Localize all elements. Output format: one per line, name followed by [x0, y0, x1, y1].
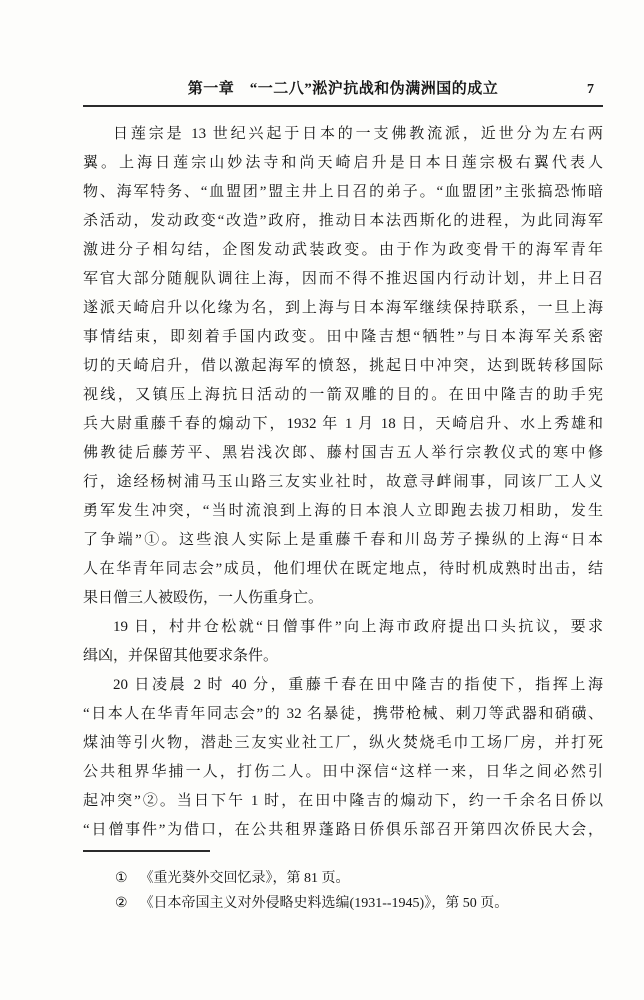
text-line: 19 日，村井仓松就“日僧事件”向上海市政府提出口头抗议，要求: [83, 613, 603, 642]
chapter-title: 第一章 “一二八”淞沪抗战和伪满洲国的成立: [83, 79, 603, 100]
text-line: 翼。上海日莲宗山妙法寺和尚天崎启升是日本日莲宗极右翼代表人: [83, 149, 603, 178]
footnotes: ①《重光葵外交回忆录》，第 81 页。 ②《日本帝国主义对外侵略史料选编(193…: [83, 866, 603, 916]
footnote-marker: ①: [115, 866, 128, 891]
text-line: 行，途经杨树浦马玉山路三友实业社时，故意寻衅闹事，同该厂工人义: [83, 468, 603, 497]
text-line: 切的天崎启升，借以激起海军的愤怒，挑起日中冲突，达到既转移国际: [83, 352, 603, 381]
footnote-text: 《重光葵外交回忆录》，第 81 页。: [140, 871, 350, 886]
footnote-divider: [83, 850, 210, 852]
text-line: 人在华青年同志会”成员，他们埋伏在既定地点，待时机成熟时出击，结: [83, 555, 603, 584]
paragraph: 20 日凌晨 2 时 40 分，重藤千春在田中隆吉的指使下，指挥上海 “日本人在…: [83, 671, 603, 845]
footnote-item: ②《日本帝国主义对外侵略史料选编(1931--1945)》，第 50 页。: [83, 891, 603, 916]
text-line: 缉凶，并保留其他要求条件。: [83, 642, 603, 671]
paragraph: 日莲宗是 13 世纪兴起于日本的一支佛教流派，近世分为左右两 翼。上海日莲宗山妙…: [83, 120, 603, 613]
text-line: 杀活动，发动政变“改造”政府，推动日本法西斯化的进程，为此同海军: [83, 207, 603, 236]
text-line: 煤油等引火物，潜赴三友实业社工厂，纵火焚烧毛巾工场厂房，并打死: [83, 729, 603, 758]
text-line: 军官大部分随舰队调往上海，因而不得不推迟国内行动计划，井上日召: [83, 265, 603, 294]
page-number: 7: [587, 79, 594, 100]
text-line: “日僧事件”为借口，在公共租界蓬路日侨俱乐部召开第四次侨民大会，: [83, 816, 603, 845]
text-line: 遂派天崎启升以化缘为名，到上海与日本海军继续保持联系，一旦上海: [83, 294, 603, 323]
text-line: 了争端”①。这些浪人实际上是重藤千春和川岛芳子操纵的上海“日本: [83, 526, 603, 555]
paragraph: 19 日，村井仓松就“日僧事件”向上海市政府提出口头抗议，要求 缉凶，并保留其他…: [83, 613, 603, 671]
footnote-marker: ②: [115, 891, 128, 916]
header-divider: [83, 105, 603, 107]
text-line: 公共租界华捕一人，打伤二人。田中深信“这样一来，日华之间必然引: [83, 758, 603, 787]
text-line: 日莲宗是 13 世纪兴起于日本的一支佛教流派，近世分为左右两: [83, 120, 603, 149]
text-line: 激进分子相勾结，企图发动武装政变。由于作为政变骨干的海军青年: [83, 236, 603, 265]
book-page: 第一章 “一二八”淞沪抗战和伪满洲国的成立 7 日莲宗是 13 世纪兴起于日本的…: [0, 0, 644, 1000]
text-line: 物、海军特务、“血盟团”盟主井上日召的弟子。“血盟团”主张搞恐怖暗: [83, 178, 603, 207]
text-line: “日本人在华青年同志会”的 32 名暴徒，携带枪械、刺刀等武器和硝磺、: [83, 700, 603, 729]
text-line: 果日僧三人被殴伤，一人伤重身亡。: [83, 584, 603, 613]
text-line: 事情结束，即刻着手国内政变。田中隆吉想“牺牲”与日本海军关系密: [83, 323, 603, 352]
text-line: 佛教徒后藤芳平、黑岩浅次郎、藤村国吉五人举行宗教仪式的寒中修: [83, 439, 603, 468]
footnote-item: ①《重光葵外交回忆录》，第 81 页。: [83, 866, 603, 891]
text-line: 起冲突”②。当日下午 1 时，在田中隆吉的煽动下，约一千余名日侨以: [83, 787, 603, 816]
body-text: 日莲宗是 13 世纪兴起于日本的一支佛教流派，近世分为左右两 翼。上海日莲宗山妙…: [83, 120, 603, 845]
footnote-text: 《日本帝国主义对外侵略史料选编(1931--1945)》，第 50 页。: [140, 896, 509, 911]
text-line: 兵大尉重藤千春的煽动下，1932 年 1 月 18 日，天崎启升、水上秀雄和: [83, 410, 603, 439]
page-content: 第一章 “一二八”淞沪抗战和伪满洲国的成立 7 日莲宗是 13 世纪兴起于日本的…: [83, 79, 603, 916]
text-line: 20 日凌晨 2 时 40 分，重藤千春在田中隆吉的指使下，指挥上海: [83, 671, 603, 700]
text-line: 视线，又镇压上海抗日活动的一箭双雕的目的。在田中隆吉的助手宪: [83, 381, 603, 410]
text-line: 勇军发生冲突，“当时流浪到上海的日本浪人立即跑去拔刀相助，发生: [83, 497, 603, 526]
running-header: 第一章 “一二八”淞沪抗战和伪满洲国的成立 7: [83, 79, 603, 100]
